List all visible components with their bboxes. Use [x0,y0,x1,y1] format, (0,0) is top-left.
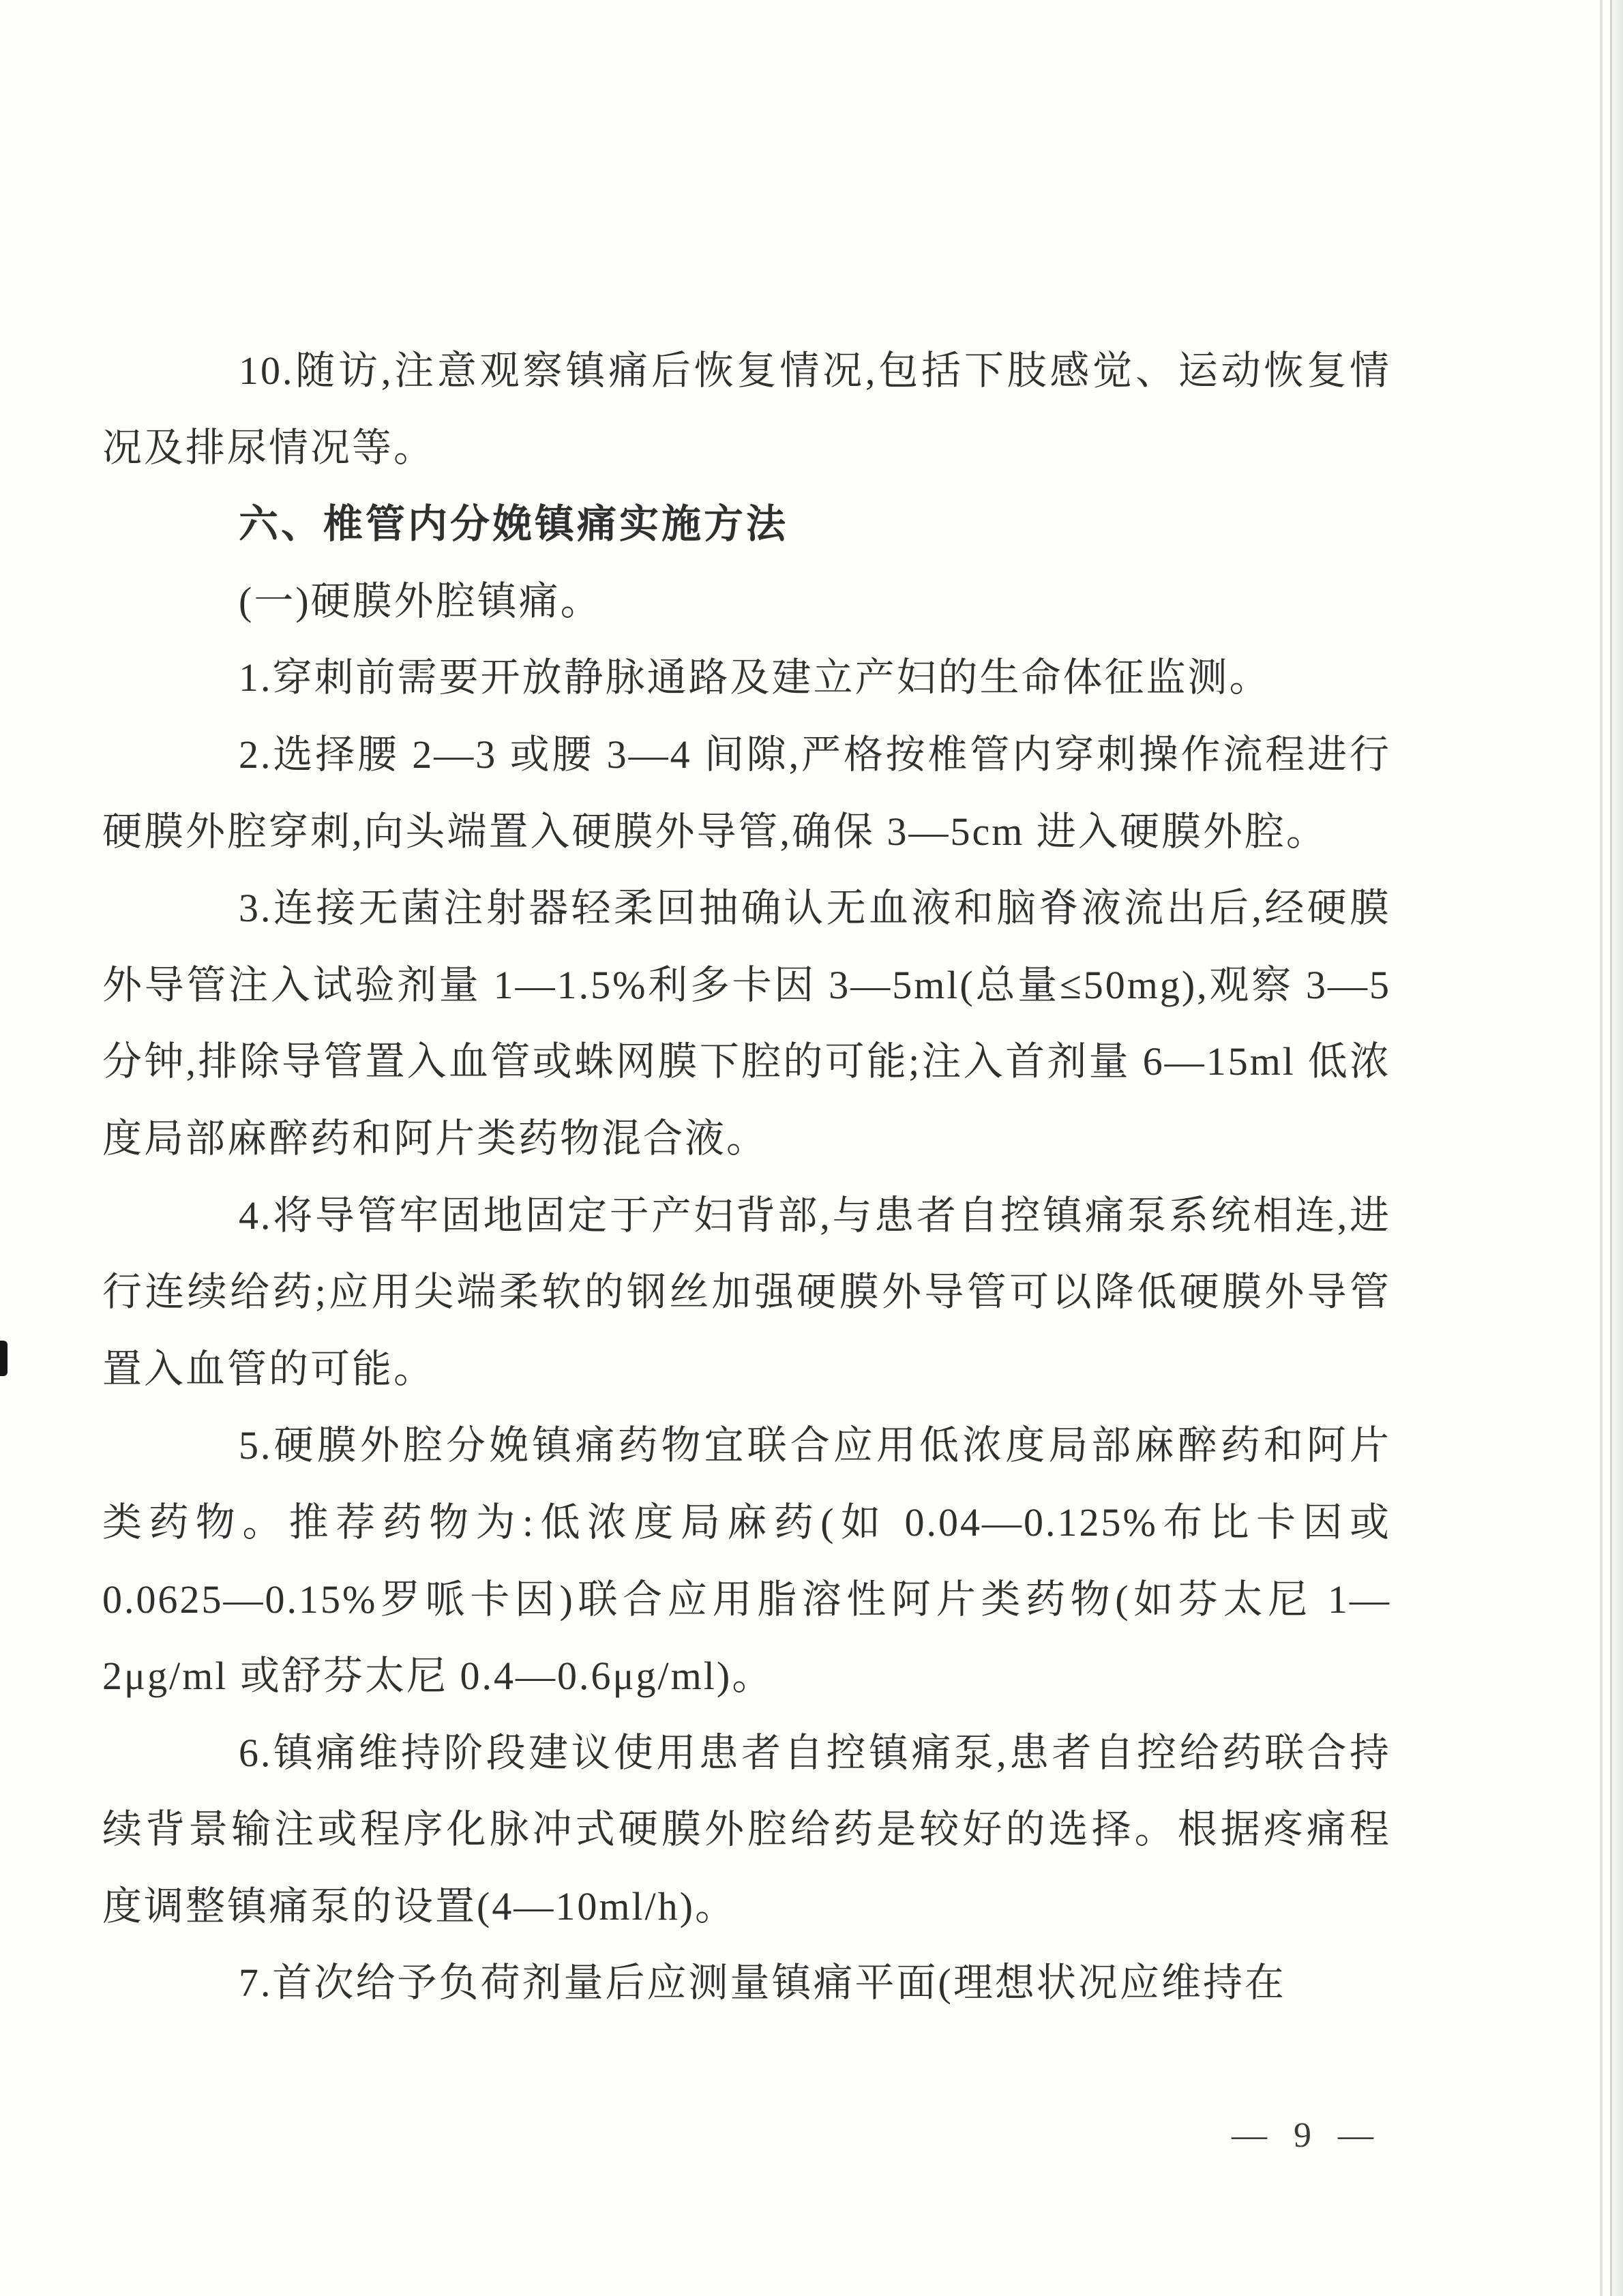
scan-artifact-vertical-line-inner [1610,0,1612,2296]
scan-artifact-left-edge-mark [0,1341,8,1376]
paragraph-item-4: 4.将导管牢固地固定于产妇背部,与患者自控镇痛泵系统相连,进行连续给药;应用尖端… [102,1178,1391,1408]
paragraph-item-7: 7.首次给予负荷剂量后应测量镇痛平面(理想状况应维持在 [102,1945,1391,2022]
scan-artifact-vertical-line-outer [1600,0,1603,2296]
paragraph-item-2: 2.选择腰 2—3 或腰 3—4 间隙,严格按椎管内穿刺操作流程进行硬膜外腔穿刺… [102,717,1391,870]
paragraph-item-3: 3.连接无菌注射器轻柔回抽确认无血液和脑脊液流出后,经硬膜外导管注入试验剂量 1… [102,870,1391,1177]
subsection-heading-epidural: (一)硬膜外腔镇痛。 [102,563,1391,640]
section-heading-6: 六、椎管内分娩镇痛实施方法 [102,486,1391,563]
page-number: — 9 — [1210,2115,1395,2156]
text-block: 10.随访,注意观察镇痛后恢复情况,包括下肢感觉、运动恢复情况及排尿情况等。 六… [102,333,1391,2022]
document-page: 10.随访,注意观察镇痛后恢复情况,包括下肢感觉、运动恢复情况及排尿情况等。 六… [0,0,1623,2296]
paragraph-item-6: 6.镇痛维持阶段建议使用患者自控镇痛泵,患者自控给药联合持续背景输注或程序化脉冲… [102,1715,1391,1945]
paragraph-item-1: 1.穿刺前需要开放静脉通路及建立产妇的生命体征监测。 [102,640,1391,717]
paragraph-item-10: 10.随访,注意观察镇痛后恢复情况,包括下肢感觉、运动恢复情况及排尿情况等。 [102,333,1391,486]
paragraph-item-5: 5.硬膜外腔分娩镇痛药物宜联合应用低浓度局部麻醉药和阿片类药物。推荐药物为:低浓… [102,1407,1391,1714]
